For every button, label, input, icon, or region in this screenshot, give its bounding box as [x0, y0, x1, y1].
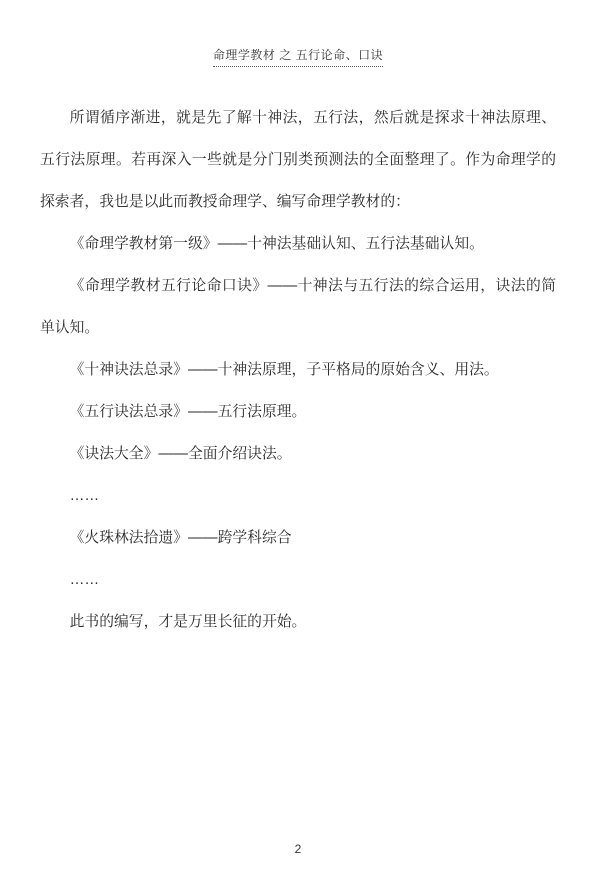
paragraph: 此书的编写，才是万里长征的开始。 [40, 601, 556, 643]
paragraph: …… [40, 475, 556, 517]
paragraph: 《诀法大全》——全面介绍诀法。 [40, 433, 556, 475]
paragraph: 《十神诀法总录》——十神法原理，子平格局的原始含义、用法。 [40, 349, 556, 391]
paragraph: 《命理学教材第一级》——十神法基础认知、五行法基础认知。 [40, 223, 556, 265]
paragraph: …… [40, 559, 556, 601]
page-number: 2 [295, 842, 302, 856]
paragraph: 《五行诀法总录》——五行法原理。 [40, 391, 556, 433]
document-body: 所谓循序渐进，就是先了解十神法，五行法，然后就是探求十神法原理、五行法原理。若再… [40, 97, 556, 643]
paragraph: 《命理学教材五行论命口诀》——十神法与五行法的综合运用，诀法的简单认知。 [40, 265, 556, 349]
page-header-title: 命理学教材 之 五行论命、口诀 [213, 47, 383, 67]
page-header: 命理学教材 之 五行论命、口诀 [0, 46, 596, 67]
paragraph: 所谓循序渐进，就是先了解十神法，五行法，然后就是探求十神法原理、五行法原理。若再… [40, 97, 556, 223]
page-footer: 2 [0, 842, 596, 856]
document-page: 命理学教材 之 五行论命、口诀 所谓循序渐进，就是先了解十神法，五行法，然后就是… [0, 0, 596, 889]
paragraph: 《火珠林法拾遗》——跨学科综合 [40, 517, 556, 559]
